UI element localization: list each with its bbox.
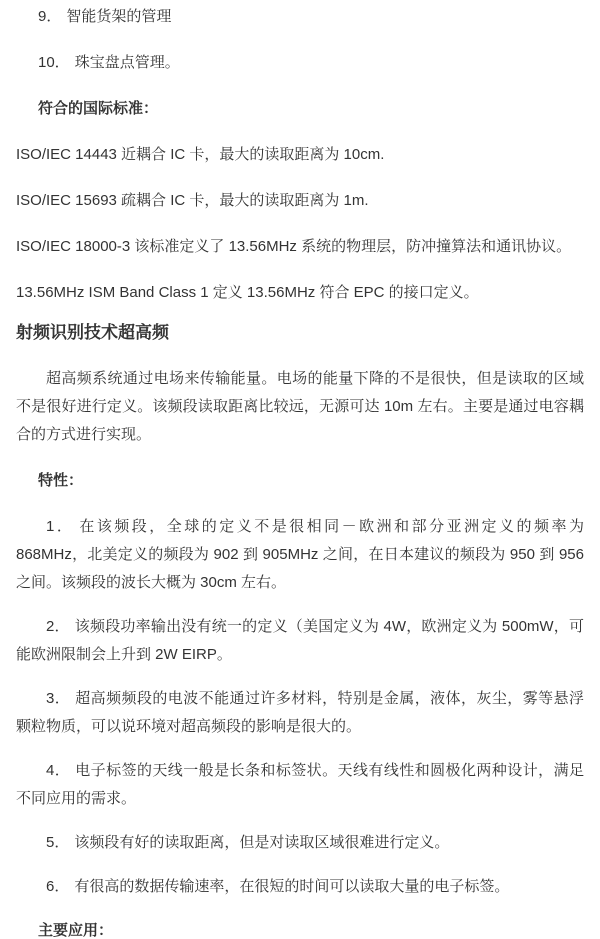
feature-item-2: 2．该频段功率输出没有统一的定义（美国定义为 4W，欧洲定义为 500mW，可能… xyxy=(16,613,584,669)
uhf-intro-paragraph: 超高频系统通过电场来传输能量。电场的能量下降的不是很快，但是读取的区域不是很好进… xyxy=(16,365,584,449)
standards-subheading: 符合的国际标准： xyxy=(16,95,584,123)
feature-item-4: 4．电子标签的天线一般是长条和标签状。天线有线性和圆极化两种设计，满足不同应用的… xyxy=(16,757,584,813)
list-item-10: 10．珠宝盘点管理。 xyxy=(16,49,584,77)
list-number: 6． xyxy=(46,878,69,895)
list-item-text: 该频段有好的读取距离，但是对读取区域很难进行定义。 xyxy=(74,834,449,851)
features-subheading: 特性： xyxy=(16,467,584,495)
list-number: 3． xyxy=(46,690,70,707)
list-number: 10． xyxy=(38,54,70,71)
list-item-text: 智能货架的管理 xyxy=(66,8,171,25)
list-number: 5． xyxy=(46,834,69,851)
feature-item-3: 3．超高频频段的电波不能通过许多材料，特别是金属，液体，灰尘，雾等悬浮颗粒物质，… xyxy=(16,685,584,741)
list-item-text: 有很高的数据传输速率，在很短的时间可以读取大量的电子标签。 xyxy=(74,878,509,895)
list-number: 9． xyxy=(38,8,61,25)
list-item-text: 超高频频段的电波不能通过许多材料，特别是金属，液体，灰尘，雾等悬浮颗粒物质，可以… xyxy=(16,690,584,735)
standard-iso14443: ISO/IEC 14443 近耦合 IC 卡，最大的读取距离为 10cm. xyxy=(16,141,584,169)
document-page: 9．智能货架的管理 10．珠宝盘点管理。 符合的国际标准： ISO/IEC 14… xyxy=(0,0,600,939)
list-item-text: 该频段功率输出没有统一的定义（美国定义为 4W，欧洲定义为 500mW，可能欧洲… xyxy=(16,618,584,663)
list-item-text: 在该频段，全球的定义不是很相同－欧洲和部分亚洲定义的频率为 868MHz，北美定… xyxy=(16,518,584,591)
list-number: 4． xyxy=(46,762,70,779)
list-number: 1． xyxy=(46,518,74,535)
list-item-9: 9．智能货架的管理 xyxy=(16,3,584,31)
list-item-text: 珠宝盘点管理。 xyxy=(75,54,180,71)
feature-item-6: 6．有很高的数据传输速率，在很短的时间可以读取大量的电子标签。 xyxy=(16,873,584,901)
standard-ism-band: 13.56MHz ISM Band Class 1 定义 13.56MHz 符合… xyxy=(16,279,584,307)
standard-iso15693: ISO/IEC 15693 疏耦合 IC 卡，最大的读取距离为 1m. xyxy=(16,187,584,215)
standard-iso18000-3: ISO/IEC 18000-3 该标准定义了 13.56MHz 系统的物理层，防… xyxy=(16,233,584,261)
feature-item-1: 1．在该频段，全球的定义不是很相同－欧洲和部分亚洲定义的频率为 868MHz，北… xyxy=(16,513,584,597)
list-number: 2． xyxy=(46,618,70,635)
list-item-text: 电子标签的天线一般是长条和标签状。天线有线性和圆极化两种设计，满足不同应用的需求… xyxy=(16,762,584,807)
section-heading-uhf: 射频识别技术超高频 xyxy=(16,319,584,347)
applications-subheading: 主要应用： xyxy=(16,917,584,939)
feature-item-5: 5．该频段有好的读取距离，但是对读取区域很难进行定义。 xyxy=(16,829,584,857)
